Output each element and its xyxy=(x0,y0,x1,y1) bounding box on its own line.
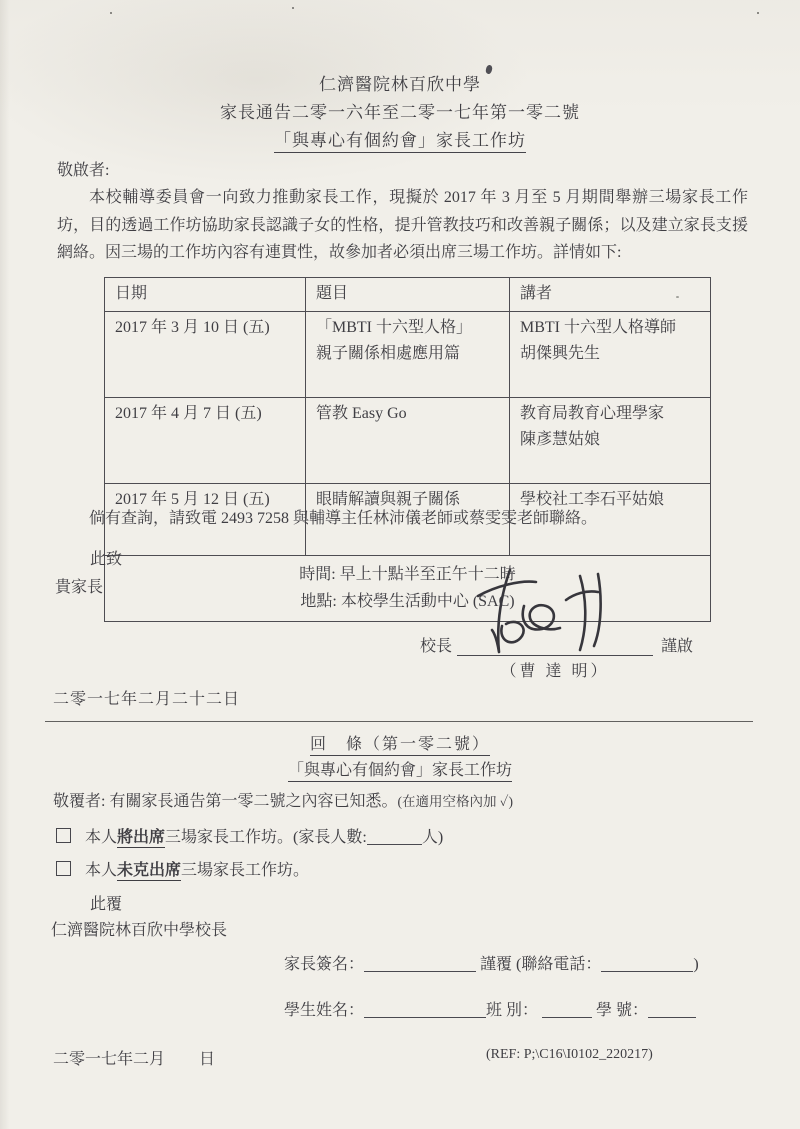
student-name-blank[interactable] xyxy=(364,1002,486,1018)
absent-emphasis: 未克出席 xyxy=(117,862,181,881)
session-speaker: MBTI 十六型人格導師 胡傑興先生 xyxy=(510,312,711,398)
file-reference: (REF: P;\C16\I0102_220217) xyxy=(486,1047,653,1063)
option-absent: 本人未克出席三場家長工作坊。 xyxy=(56,857,309,880)
student-no-blank[interactable] xyxy=(648,1002,696,1018)
parent-count-blank[interactable] xyxy=(367,829,422,845)
principal-signature xyxy=(462,566,642,661)
enquiry-line: 倘有查詢，請致電 2493 7258 與輔導主任林沛儀老師或蔡雯雯老師聯絡。 xyxy=(57,505,597,528)
reply-slip-title: 回 條（第一零二號） xyxy=(0,731,800,754)
phone-blank[interactable] xyxy=(601,956,693,972)
parent-sign-label: 家長簽名： xyxy=(284,956,364,973)
scan-speck xyxy=(292,7,294,9)
workshop-title: 「與專心有個約會」家長工作坊 xyxy=(0,126,800,151)
acknowledgement-line: 敬覆者: 有關家長通告第一零二號之內容已知悉。(在適用空格內加 ✓) xyxy=(53,788,513,811)
table-row: 2017 年 3 月 10 日 (五) 「MBTI 十六型人格」 親子關係相處應… xyxy=(105,312,711,398)
session-topic: 「MBTI 十六型人格」 親子關係相處應用篇 xyxy=(306,312,510,398)
reply-respectfully: 謹覆 xyxy=(480,956,512,973)
table-header-row: 日期 題目 講者 xyxy=(105,278,711,312)
student-info-row: 學生姓名：班 別： 學 號： xyxy=(284,997,696,1020)
class-blank[interactable] xyxy=(542,1002,592,1018)
parent-signature-row: 家長簽名： 謹覆 (聯絡電話：) xyxy=(284,951,699,974)
session-date: 2017 年 4 月 7 日 (五) xyxy=(105,398,306,484)
col-header-speaker: 講者 xyxy=(510,278,711,312)
col-header-date: 日期 xyxy=(105,278,306,312)
school-name: 仁濟醫院林百欣中學 xyxy=(0,70,800,95)
phone-label: (聯絡電話： xyxy=(516,956,601,973)
scan-speck xyxy=(110,12,112,14)
issue-date: 二零一七年二月二十二日 xyxy=(53,686,240,709)
parent-signature-blank[interactable] xyxy=(364,956,476,972)
session-speaker: 教育局教育心理學家 陳彥慧姑娘 xyxy=(510,398,711,484)
col-header-topic: 題目 xyxy=(306,278,510,312)
principal-label: 校長 xyxy=(420,633,452,656)
attend-emphasis: 將出席 xyxy=(117,829,165,848)
respectfully-label: 謹啟 xyxy=(661,633,693,656)
option-attend: 本人將出席三場家長工作坊。(家長人數:人) xyxy=(56,824,443,847)
attend-checkbox[interactable] xyxy=(56,828,71,843)
intro-paragraph: 本校輔導委員會一向致力推動家長工作，現擬於 2017 年 3 月至 5 月期間舉… xyxy=(57,184,748,267)
principal-name: （曹 達 明） xyxy=(470,658,640,681)
student-no-label: 學 號： xyxy=(596,1002,648,1019)
student-name-label: 學生姓名： xyxy=(284,1002,364,1019)
check-instruction: (在適用空格內加 ✓) xyxy=(397,794,513,809)
notice-number: 家長通告二零一六年至二零一七年第一零二號 xyxy=(0,98,800,123)
reply-date-day: 日 xyxy=(199,1051,215,1068)
salutation: 敬啟者: xyxy=(57,157,109,180)
scan-speck xyxy=(757,12,759,14)
reply-date: 二零一七年二月日 xyxy=(53,1046,215,1069)
recipient: 貴家長 xyxy=(55,574,103,597)
reply-slip-subtitle: 「與專心有個約會」家長工作坊 xyxy=(0,757,800,780)
this-to: 此致 xyxy=(90,546,122,569)
class-label: 班 別： xyxy=(486,1002,538,1019)
session-date: 2017 年 3 月 10 日 (五) xyxy=(105,312,306,398)
divider-line xyxy=(45,721,753,722)
scanned-notice-page: 仁濟醫院林百欣中學 家長通告二零一六年至二零一七年第一零二號 「與專心有個約會」… xyxy=(0,0,800,1129)
reply-this-to: 此覆 xyxy=(90,891,122,914)
table-row: 2017 年 4 月 7 日 (五) 管教 Easy Go 教育局教育心理學家 … xyxy=(105,398,711,484)
reply-recipient: 仁濟醫院林百欣中學校長 xyxy=(51,917,227,940)
absent-checkbox[interactable] xyxy=(56,861,71,876)
session-topic: 管教 Easy Go xyxy=(306,398,510,484)
